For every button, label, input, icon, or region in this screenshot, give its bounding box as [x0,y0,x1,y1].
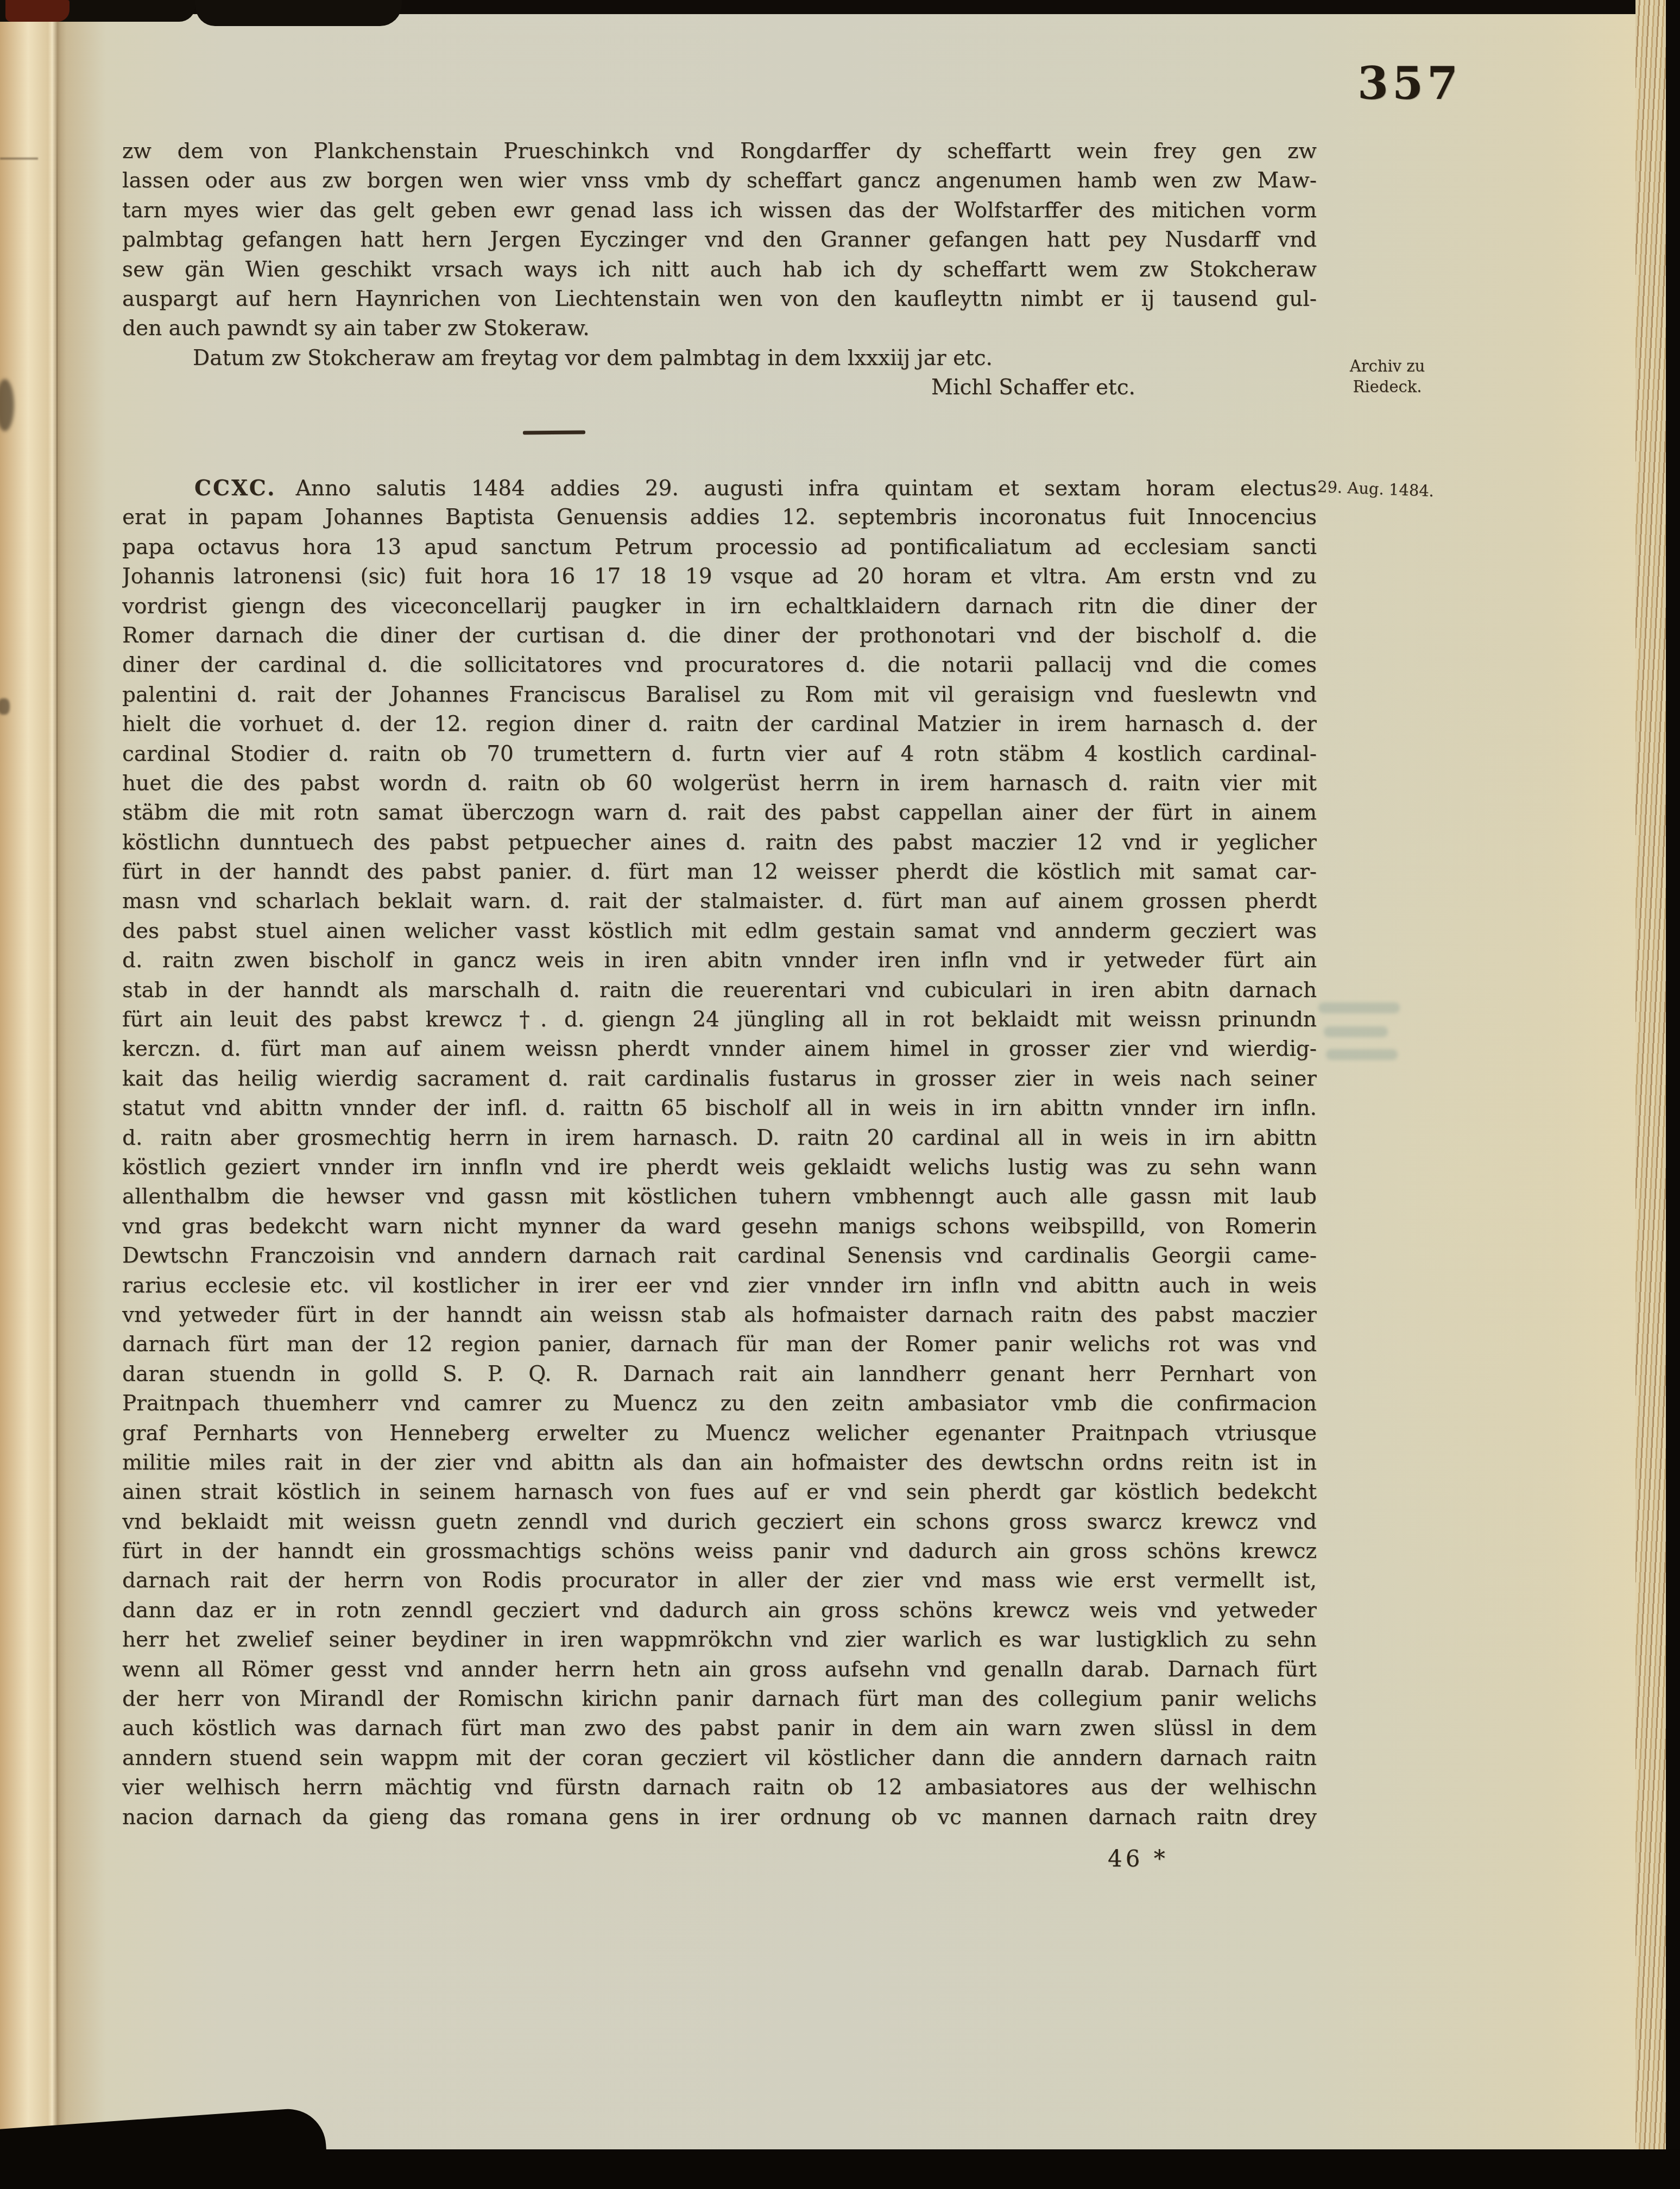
text-line: herr het zwelief seiner beydiner in iren… [122,1625,1317,1655]
text-line: lassen oder aus zw borgen wen wier vnss … [122,166,1317,195]
entry-first-line-text: Anno salutis 1484 addies 29. augusti inf… [296,476,1317,501]
paper-scratch [0,157,38,160]
text-line: auch köstlich was darnach fürt man zwo d… [122,1714,1317,1743]
text-line: darnach fürt man der 12 region panier, d… [122,1330,1317,1359]
bleed-through-mark [1324,1026,1388,1037]
text-line: kait das heilig wierdig sacrament d. rai… [122,1064,1317,1094]
text-line: Praitnpach thuemherr vnd camrer zu Muenc… [122,1389,1317,1418]
text-line: d. raitn zwen bischolf in gancz weis in … [122,946,1317,975]
text-line: auspargt auf hern Haynrichen von Liechte… [122,285,1317,314]
text-line: Johannis latronensi (sic) fuit hora 16 1… [122,562,1317,591]
section-number: CCXC. [194,476,296,501]
text-line: Dewtschn Franczoisin vnd anndern darnach… [122,1241,1317,1271]
printers-signature: 46 * [1108,1845,1169,1872]
text-line: vnd gras bedekcht warn nicht mynner da w… [122,1212,1317,1241]
archive-name: Archiv zu [1350,357,1425,375]
book-scan: 357 zw dem von Plankchenstain Prueschink… [0,0,1680,2189]
text-line: daran stuendn in golld S. P. Q. R. Darna… [122,1360,1317,1389]
margin-note-archive: Archiv zu Riedeck. [1330,356,1444,397]
text-line: ainen strait köstlich in seinem harnasch… [122,1478,1317,1507]
section-divider-rule [523,430,585,434]
top-binding-shadow [195,0,402,26]
text-line: masn vnd scharlach beklait warn. d. rait… [122,887,1317,916]
text-line: zw dem von Plankchenstain Prueschinkch v… [122,137,1317,166]
text-line: allenthalbm die hewser vnd gassn mit kös… [122,1182,1317,1212]
archive-place: Riedeck. [1353,377,1422,396]
text-line: papa octavus hora 13 apud sanctum Petrum… [122,533,1317,562]
text-line: statut vnd abittn vnnder der infl. d. ra… [122,1094,1317,1123]
text-line: der herr von Mirandl der Romischn kirich… [122,1685,1317,1714]
bleed-through-mark [1326,1049,1398,1060]
text-line: stab in der hanndt als marschalh d. rait… [122,976,1317,1005]
book-gutter-line [56,81,58,2091]
text-line: erat in papam Johannes Baptista Genuensi… [122,503,1317,532]
entry-first-line: CCXC.Anno salutis 1484 addies 29. august… [122,474,1317,503]
datum-line: Datum zw Stokcheraw am freytag vor dem p… [122,344,1317,373]
page-fore-edge [1635,0,1668,2189]
text-line: köstlich geziert vnnder irn innfln vnd i… [122,1153,1317,1182]
right-scan-edge [1666,0,1680,2189]
text-line: palentini d. rait der Johannes Franciscu… [122,680,1317,710]
text-line: militie miles rait in der zier vnd abitt… [122,1448,1317,1478]
text-line: fürt in der hanndt ein grossmachtigs sch… [122,1537,1317,1566]
text-line: vnd beklaidt mit weissn guetn zenndl vnd… [122,1507,1317,1537]
text-line: anndern stuend sein wappm mit der coran … [122,1744,1317,1773]
text-line: tarn myes wier das gelt geben ewr genad … [122,196,1317,225]
entry-lines: erat in papam Johannes Baptista Genuensi… [122,503,1317,1832]
text-line: rarius ecclesie etc. vil kostlicher in i… [122,1271,1317,1301]
text-line: stäbm die mit rotn samat überczogn warn … [122,798,1317,828]
text-line: nacion darnach da gieng das romana gens … [122,1803,1317,1832]
text-line: vordrist giengn des viceconcellarij paug… [122,592,1317,621]
letter-paragraph: zw dem von Plankchenstain Prueschinkch v… [122,137,1317,403]
text-line: vnd yetweder fürt in der hanndt ain weis… [122,1301,1317,1330]
text-line: huet die des pabst wordn d. raitn ob 60 … [122,769,1317,798]
text-line: fürt in der hanndt des pabst panier. d. … [122,857,1317,887]
gutter-ink-smudge [0,698,10,715]
entry-ccxc-paragraph: CCXC.Anno salutis 1484 addies 29. august… [122,474,1317,1832]
text-line: vier welhisch herrn mächtig vnd fürstn d… [122,1773,1317,1802]
binding-corner-mark [5,0,70,22]
text-line: des pabst stuel ainen welicher vasst kös… [122,917,1317,946]
text-line: graf Pernharts von Henneberg erwelter zu… [122,1419,1317,1448]
text-line: darnach rait der herrn von Rodis procura… [122,1566,1317,1595]
text-line: kerczn. d. fürt man auf ainem weissn phe… [122,1034,1317,1064]
page-number: 357 [1357,58,1462,110]
text-line: den auch pawndt sy ain taber zw Stokeraw… [122,314,1317,343]
text-line: cardinal Stodier d. raitn ob 70 trumette… [122,740,1317,769]
text-line: fürt ain leuit des pabst krewcz †. d. gi… [122,1005,1317,1034]
bleed-through-mark [1318,1002,1400,1013]
signature-line: Michl Schaffer etc. [122,373,1317,402]
text-line: d. raitn aber grosmechtig herrn in irem … [122,1124,1317,1153]
text-line: sew gän Wien geschikt vrsach ways ich ni… [122,255,1317,285]
text-line: wenn all Römer gesst vnd annder herrn he… [122,1655,1317,1685]
text-line: Romer darnach die diner der curtisan d. … [122,621,1317,651]
text-line: diner der cardinal d. die sollicitatores… [122,651,1317,680]
text-line: köstlichn dunntuech des pabst petpuecher… [122,828,1317,857]
text-line: palmbtag gefangen hatt hern Jergen Eyczi… [122,225,1317,255]
letter-lines: zw dem von Plankchenstain Prueschinkch v… [122,137,1317,314]
text-line: hielt die vorhuet d. der 12. region dine… [122,710,1317,739]
bottom-scan-edge [0,2149,1680,2189]
text-line: dann daz er in rotn zenndl gecziert vnd … [122,1596,1317,1625]
